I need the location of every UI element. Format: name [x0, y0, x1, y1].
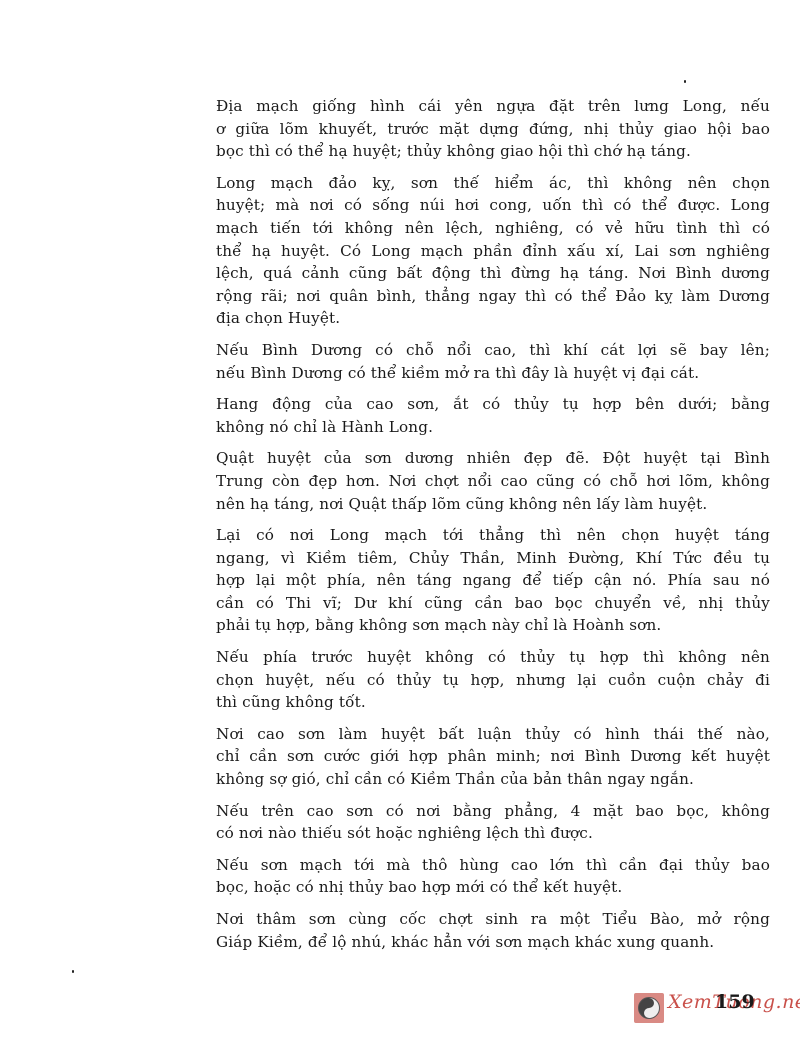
text-line: ngang, vì Kiềm tiêm, Chủy Thần, Minh Đườ…	[188, 547, 770, 570]
scan-speck	[684, 80, 686, 83]
text-line: thì cũng không tốt.	[188, 691, 770, 714]
text-line: Nơi cao sơn làm huyệt bất luận thủy có h…	[188, 723, 770, 746]
paragraph: Hang động của cao sơn, ắt có thủy tụ hợp…	[188, 393, 770, 438]
text-line: Trung còn đẹp hơn. Nơi chợt nổi cao cũng…	[188, 470, 770, 493]
text-line: huyệt; mà nơi có sống núi hơi cong, uốn …	[188, 194, 770, 217]
paragraph: Nơi cao sơn làm huyệt bất luận thủy có h…	[188, 723, 770, 791]
text-line: không sợ gió, chỉ cần có Kiềm Thần của b…	[188, 768, 770, 791]
paragraph: Lại có nơi Long mạch tới thẳng thì nên c…	[188, 524, 770, 637]
text-line: ơ giữa lõm khuyết, trước mặt dựng đứng, …	[188, 118, 770, 141]
text-line: Nếu sơn mạch tới mà thô hùng cao lớn thì…	[188, 854, 770, 877]
text-line: nếu Bình Dương có thể kiềm mở ra thì đây…	[188, 362, 770, 385]
paragraph: Địa mạch giống hình cái yên ngựa đặt trê…	[188, 95, 770, 163]
text-line: Hang động của cao sơn, ắt có thủy tụ hợp…	[188, 393, 770, 416]
text-line: cần có Thi vĩ; Dư khí cũng cần bao bọc c…	[188, 592, 770, 615]
text-line: rộng rãi; nơi quân bình, thẳng ngay thì …	[188, 285, 770, 308]
text-line: Giáp Kiềm, để lộ nhú, khác hẳn với sơn m…	[188, 931, 770, 954]
text-line: Nếu phía trước huyệt không có thủy tụ hợ…	[188, 646, 770, 669]
page-body-text: Địa mạch giống hình cái yên ngựa đặt trê…	[188, 95, 770, 962]
page-footer: XemTuong.net 159	[620, 985, 800, 1030]
text-line: Nếu trên cao sơn có nơi bằng phẳng, 4 mặ…	[188, 800, 770, 823]
text-line: Lại có nơi Long mạch tới thẳng thì nên c…	[188, 524, 770, 547]
page-number: 159	[715, 991, 755, 1013]
text-line: thể hạ huyệt. Có Long mạch phần đỉnh xấu…	[188, 240, 770, 263]
text-line: Nếu Bình Dương có chỗ nổi cao, thì khí c…	[188, 339, 770, 362]
text-line: chọn huyệt, nếu có thủy tụ hợp, nhưng lạ…	[188, 669, 770, 692]
paragraph: Nếu sơn mạch tới mà thô hùng cao lớn thì…	[188, 854, 770, 899]
paragraph: Nếu Bình Dương có chỗ nổi cao, thì khí c…	[188, 339, 770, 384]
text-line: Long mạch đảo kỵ, sơn thế hiểm ác, thì k…	[188, 172, 770, 195]
paragraph: Quật huyệt của sơn dương nhiên đẹp đẽ. Đ…	[188, 447, 770, 515]
paragraph: Nếu phía trước huyệt không có thủy tụ hợ…	[188, 646, 770, 714]
watermark-logo	[634, 993, 664, 1023]
scan-speck	[72, 970, 74, 973]
text-line: địa chọn Huyệt.	[188, 307, 770, 330]
text-line: nên hạ táng, nơi Quật thấp lõm cũng khôn…	[188, 493, 770, 516]
paragraph: Long mạch đảo kỵ, sơn thế hiểm ác, thì k…	[188, 172, 770, 330]
book-page: Địa mạch giống hình cái yên ngựa đặt trê…	[0, 0, 800, 1042]
text-line: phải tụ hợp, bằng không sơn mạch này chỉ…	[188, 614, 770, 637]
text-line: bọc thì có thể hạ huyệt; thủy không giao…	[188, 140, 770, 163]
paragraph: Nơi thâm sơn cùng cốc chợt sinh ra một T…	[188, 908, 770, 953]
text-line: mạch tiến tới không nên lệch, nghiêng, c…	[188, 217, 770, 240]
paragraph: Nếu trên cao sơn có nơi bằng phẳng, 4 mặ…	[188, 800, 770, 845]
yin-yang-icon	[638, 997, 660, 1019]
text-line: có nơi nào thiếu sót hoặc nghiêng lệch t…	[188, 822, 770, 845]
text-line: lệch, quá cảnh cũng bất động thì đừng hạ…	[188, 262, 770, 285]
text-line: Địa mạch giống hình cái yên ngựa đặt trê…	[188, 95, 770, 118]
text-line: hợp lại một phía, nên táng ngang để tiếp…	[188, 569, 770, 592]
text-line: Quật huyệt của sơn dương nhiên đẹp đẽ. Đ…	[188, 447, 770, 470]
text-line: Nơi thâm sơn cùng cốc chợt sinh ra một T…	[188, 908, 770, 931]
text-line: bọc, hoặc có nhị thủy bao hợp mới có thể…	[188, 876, 770, 899]
text-line: không nó chỉ là Hành Long.	[188, 416, 770, 439]
text-line: chỉ cần sơn cước giới hợp phân minh; nơi…	[188, 745, 770, 768]
